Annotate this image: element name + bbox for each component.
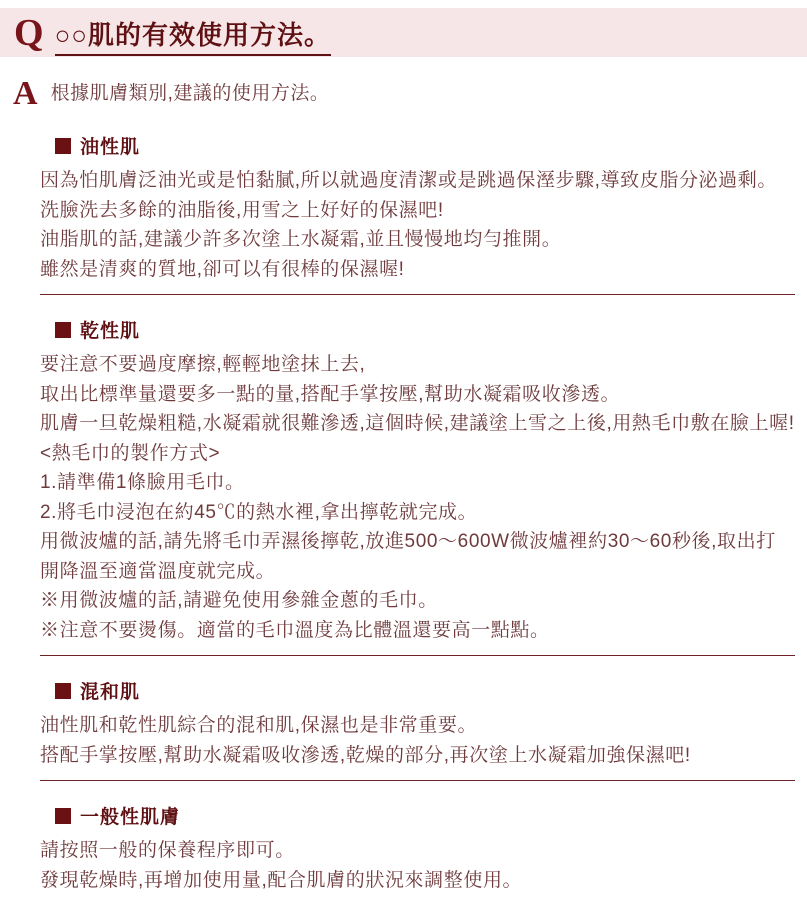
section-divider	[40, 294, 795, 295]
section-heading-dry: 乾性肌	[55, 316, 795, 343]
body-line: <熱毛巾的製作方式>	[40, 439, 795, 469]
answer-row: A 根據肌膚類別,建議的使用方法。	[13, 77, 791, 111]
section-heading-oily: 油性肌	[55, 132, 795, 159]
section-heading-combination: 混和肌	[55, 677, 795, 704]
section-heading-label: 油性肌	[80, 132, 140, 159]
body-line: 1.請準備1條臉用毛巾。	[40, 468, 795, 498]
square-bullet-icon	[55, 808, 71, 824]
body-line: 雖然是清爽的質地,卻可以有很棒的保濕喔!	[40, 255, 795, 285]
section-divider	[40, 780, 795, 781]
body-line: 因為怕肌膚泛油光或是怕黏膩,所以就過度清潔或是跳過保溼步驟,導致皮脂分泌過剩。	[40, 166, 795, 196]
body-line: 肌膚一旦乾燥粗糙,水凝霜就很難滲透,這個時候,建議塗上雪之上後,用熱毛巾敷在臉上…	[40, 409, 795, 439]
body-line: 發現乾燥時,再增加使用量,配合肌膚的狀況來調整使用。	[40, 866, 795, 896]
faq-page: Q ○○肌的有效使用方法。 A 根據肌膚類別,建議的使用方法。 油性肌 因為怕肌…	[0, 8, 807, 909]
body-line: 用微波爐的話,請先將毛巾弄濕後擰乾,放進500〜600W微波爐裡約30〜60秒後…	[40, 527, 795, 586]
body-line: ※用微波爐的話,請避免使用參雜金蔥的毛巾。	[40, 586, 795, 616]
section-dry-skin: 乾性肌 要注意不要過度摩擦,輕輕地塗抹上去, 取出比標準量還要多一點的量,搭配手…	[40, 316, 795, 645]
question-header: Q ○○肌的有效使用方法。	[0, 8, 807, 57]
section-body: 因為怕肌膚泛油光或是怕黏膩,所以就過度清潔或是跳過保溼步驟,導致皮脂分泌過剩。 …	[40, 166, 795, 284]
section-combination-skin: 混和肌 油性肌和乾性肌綜合的混和肌,保濕也是非常重要。 搭配手掌按壓,幫助水凝霜…	[40, 677, 795, 770]
section-body: 要注意不要過度摩擦,輕輕地塗抹上去, 取出比標準量還要多一點的量,搭配手掌按壓,…	[40, 350, 795, 645]
body-line: 油性肌和乾性肌綜合的混和肌,保濕也是非常重要。	[40, 711, 795, 741]
square-bullet-icon	[55, 683, 71, 699]
section-heading-label: 混和肌	[80, 677, 140, 704]
square-bullet-icon	[55, 138, 71, 154]
section-normal-skin: 一般性肌膚 請按照一般的保養程序即可。 發現乾燥時,再增加使用量,配合肌膚的狀況…	[40, 802, 795, 895]
question-title[interactable]: ○○肌的有效使用方法。	[55, 15, 331, 56]
body-line: 2.將毛巾浸泡在約45℃的熱水裡,拿出擰乾就完成。	[40, 498, 795, 528]
section-body: 油性肌和乾性肌綜合的混和肌,保濕也是非常重要。 搭配手掌按壓,幫助水凝霜吸收滲透…	[40, 711, 795, 770]
body-line: 請按照一般的保養程序即可。	[40, 836, 795, 866]
section-heading-label: 乾性肌	[80, 316, 140, 343]
body-line: 取出比標準量還要多一點的量,搭配手掌按壓,幫助水凝霜吸收滲透。	[40, 380, 795, 410]
body-line: 要注意不要過度摩擦,輕輕地塗抹上去,	[40, 350, 795, 380]
answer-content: 油性肌 因為怕肌膚泛油光或是怕黏膩,所以就過度清潔或是跳過保溼步驟,導致皮脂分泌…	[0, 132, 807, 909]
section-heading-normal: 一般性肌膚	[55, 802, 795, 829]
body-line: ※注意不要燙傷。適當的毛巾溫度為比體溫還要高一點點。	[40, 616, 795, 646]
body-line: 油脂肌的話,建議少許多次塗上水凝霜,並且慢慢地均勻推開。	[40, 225, 795, 255]
body-line: 洗臉洗去多餘的油脂後,用雪之上好好的保濕吧!	[40, 196, 795, 226]
section-oily-skin: 油性肌 因為怕肌膚泛油光或是怕黏膩,所以就過度清潔或是跳過保溼步驟,導致皮脂分泌…	[40, 132, 795, 284]
square-bullet-icon	[55, 322, 71, 338]
body-line: 搭配手掌按壓,幫助水凝霜吸收滲透,乾燥的部分,再次塗上水凝霜加強保濕吧!	[40, 741, 795, 771]
section-heading-label: 一般性肌膚	[80, 802, 180, 829]
section-body: 請按照一般的保養程序即可。 發現乾燥時,再增加使用量,配合肌膚的狀況來調整使用。	[40, 836, 795, 895]
section-divider	[40, 655, 795, 656]
question-q-label: Q	[14, 14, 44, 52]
answer-a-label: A	[13, 77, 38, 111]
answer-intro: 根據肌膚類別,建議的使用方法。	[51, 77, 330, 106]
